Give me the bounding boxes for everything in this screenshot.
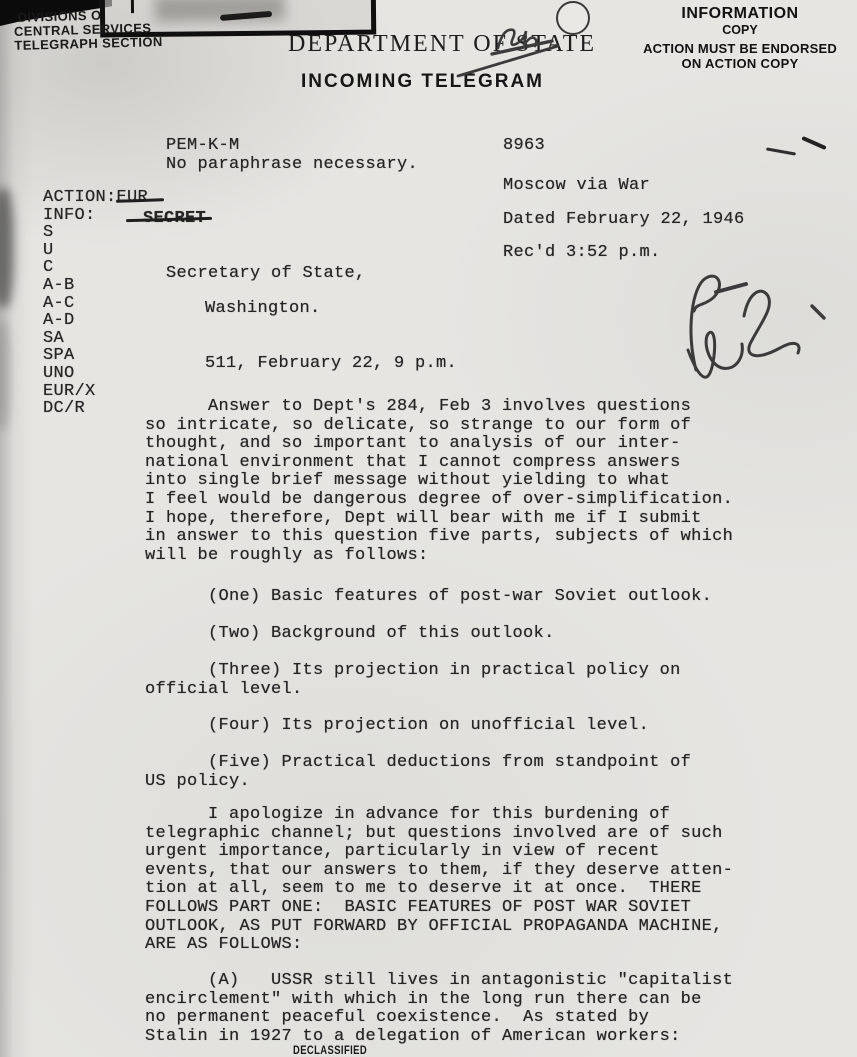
message-number: 511, February 22, 9 p.m. xyxy=(205,355,457,374)
telegraph-section-stamp: DIVISIONS O CENTRAL SERVICES TELEGRAPH S… xyxy=(13,7,162,53)
scan-smudge-left xyxy=(0,188,14,308)
pen-dash-1 xyxy=(766,147,796,155)
control-code: PEM-K-M xyxy=(166,137,240,156)
body-paragraph-1: Answer to Dept's 284, Feb 3 involves que… xyxy=(145,398,733,565)
info-stamp-line2: COPY xyxy=(640,23,840,37)
declassified-stamp: DECLASSIFIED xyxy=(293,1045,367,1057)
body-paragraph-2: I apologize in advance for this burdenin… xyxy=(145,806,733,955)
body-item-five: (Five) Practical deductions from standpo… xyxy=(145,754,691,791)
body-item-three: (Three) Its projection in practical poli… xyxy=(145,662,681,699)
telegram-number: 8963 xyxy=(503,137,545,156)
info-stamp-line1: INFORMATION xyxy=(640,5,840,23)
handwritten-initials xyxy=(650,258,840,393)
received-line: Rec'd 3:52 p.m. xyxy=(503,244,661,263)
address-line2: Washington. xyxy=(205,300,321,319)
origin-line: Moscow via War xyxy=(503,177,650,196)
body-item-one: (One) Basic features of post-war Soviet … xyxy=(145,588,712,607)
body-item-four: (Four) Its projection on unofficial leve… xyxy=(145,717,649,736)
info-stamp-line3: ACTION MUST BE ENDORSED xyxy=(640,41,840,56)
hole-punch xyxy=(556,1,590,35)
scan-smudge-left-2 xyxy=(0,320,10,430)
information-copy-stamp: INFORMATION COPY ACTION MUST BE ENDORSED… xyxy=(640,5,840,71)
pen-dash-2 xyxy=(801,136,826,150)
body-item-two: (Two) Background of this outlook. xyxy=(145,625,555,644)
address-line1: Secretary of State, xyxy=(166,265,366,284)
body-paragraph-3: (A) USSR still lives in antagonistic "ca… xyxy=(145,972,733,1046)
dated-line: Dated February 22, 1946 xyxy=(503,211,745,230)
info-stamp-line4: ON ACTION COPY xyxy=(640,56,840,71)
paraphrase-note: No paraphrase necessary. xyxy=(166,156,418,175)
routing-list: ACTION:EUR INFO: S U C A-B A-C A-D SA SP… xyxy=(43,189,148,418)
stamp-box-smudge xyxy=(155,0,285,22)
